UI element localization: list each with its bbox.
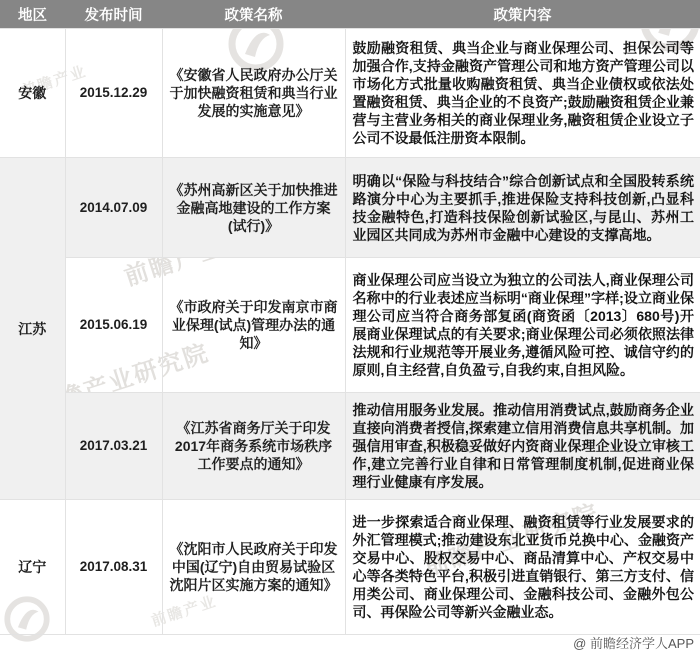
header-policy-content: 政策内容 [345, 0, 700, 29]
date-cell: 2015.06.19 [65, 258, 162, 393]
table-row: 2015.06.19 《市政府关于印发南京市商业保理(试点)管理办法的通知》 商… [0, 258, 700, 393]
region-cell: 安徽 [0, 29, 65, 158]
policy-name-cell: 《安徽省人民政府办公厅关于加快融资租赁和典当行业发展的实施意见》 [162, 29, 345, 158]
header-row: 地区 发布时间 政策名称 政策内容 [0, 0, 700, 29]
policy-name-cell: 《苏州高新区关于加快推进金融高地建设的工作方案(试行)》 [162, 158, 345, 258]
policy-content-cell: 推动信用服务业发展。推动信用消费试点,鼓励商务企业直接向消费者授信,探索建立信用… [345, 393, 700, 500]
table-row: 江苏 2014.07.09 《苏州高新区关于加快推进金融高地建设的工作方案(试行… [0, 158, 700, 258]
policy-name-cell: 《沈阳市人民政府关于印发中国(辽宁)自由贸易试验区沈阳片区实施方案的通知》 [162, 500, 345, 635]
date-cell: 2017.08.31 [65, 500, 162, 635]
policy-table: 地区 发布时间 政策名称 政策内容 安徽 2015.12.29 《安徽省人民政府… [0, 0, 700, 635]
table-header: 地区 发布时间 政策名称 政策内容 [0, 0, 700, 29]
date-cell: 2015.12.29 [65, 29, 162, 158]
source-credit: @ 前瞻经济学人APP [573, 633, 694, 652]
policy-content-cell: 商业保理公司应当设立为独立的公司法人,商业保理公司名称中的行业表述应当标明“商业… [345, 258, 700, 393]
header-policy-name: 政策名称 [162, 0, 345, 29]
table-row: 辽宁 2017.08.31 《沈阳市人民政府关于印发中国(辽宁)自由贸易试验区沈… [0, 500, 700, 635]
policy-content-cell: 明确以“保险与科技结合”综合创新试点和全国股转系统路演分中心为主要抓手,推进保险… [345, 158, 700, 258]
header-date: 发布时间 [65, 0, 162, 29]
date-cell: 2014.07.09 [65, 158, 162, 258]
date-cell: 2017.03.21 [65, 393, 162, 500]
policy-name-cell: 《江苏省商务厅关于印发2017年商务系统市场秩序工作要点的通知》 [162, 393, 345, 500]
policy-name-cell: 《市政府关于印发南京市商业保理(试点)管理办法的通知》 [162, 258, 345, 393]
table-row: 2017.03.21 《江苏省商务厅关于印发2017年商务系统市场秩序工作要点的… [0, 393, 700, 500]
table-row: 安徽 2015.12.29 《安徽省人民政府办公厅关于加快融资租赁和典当行业发展… [0, 29, 700, 158]
policy-table-page: 前瞻产业研究院 前瞻产业研究院 前瞻产业研究院 前瞻产业 前瞻产业研究院 前瞻产… [0, 0, 700, 658]
header-region: 地区 [0, 0, 65, 29]
region-cell: 辽宁 [0, 500, 65, 635]
region-cell: 江苏 [0, 158, 65, 500]
policy-content-cell: 进一步探索适合商业保理、融资租赁等行业发展要求的外汇管理模式;推动建设东北亚货币… [345, 500, 700, 635]
policy-content-cell: 鼓励融资租赁、典当企业与商业保理公司、担保公司等加强合作,支持金融资产管理公司和… [345, 29, 700, 158]
